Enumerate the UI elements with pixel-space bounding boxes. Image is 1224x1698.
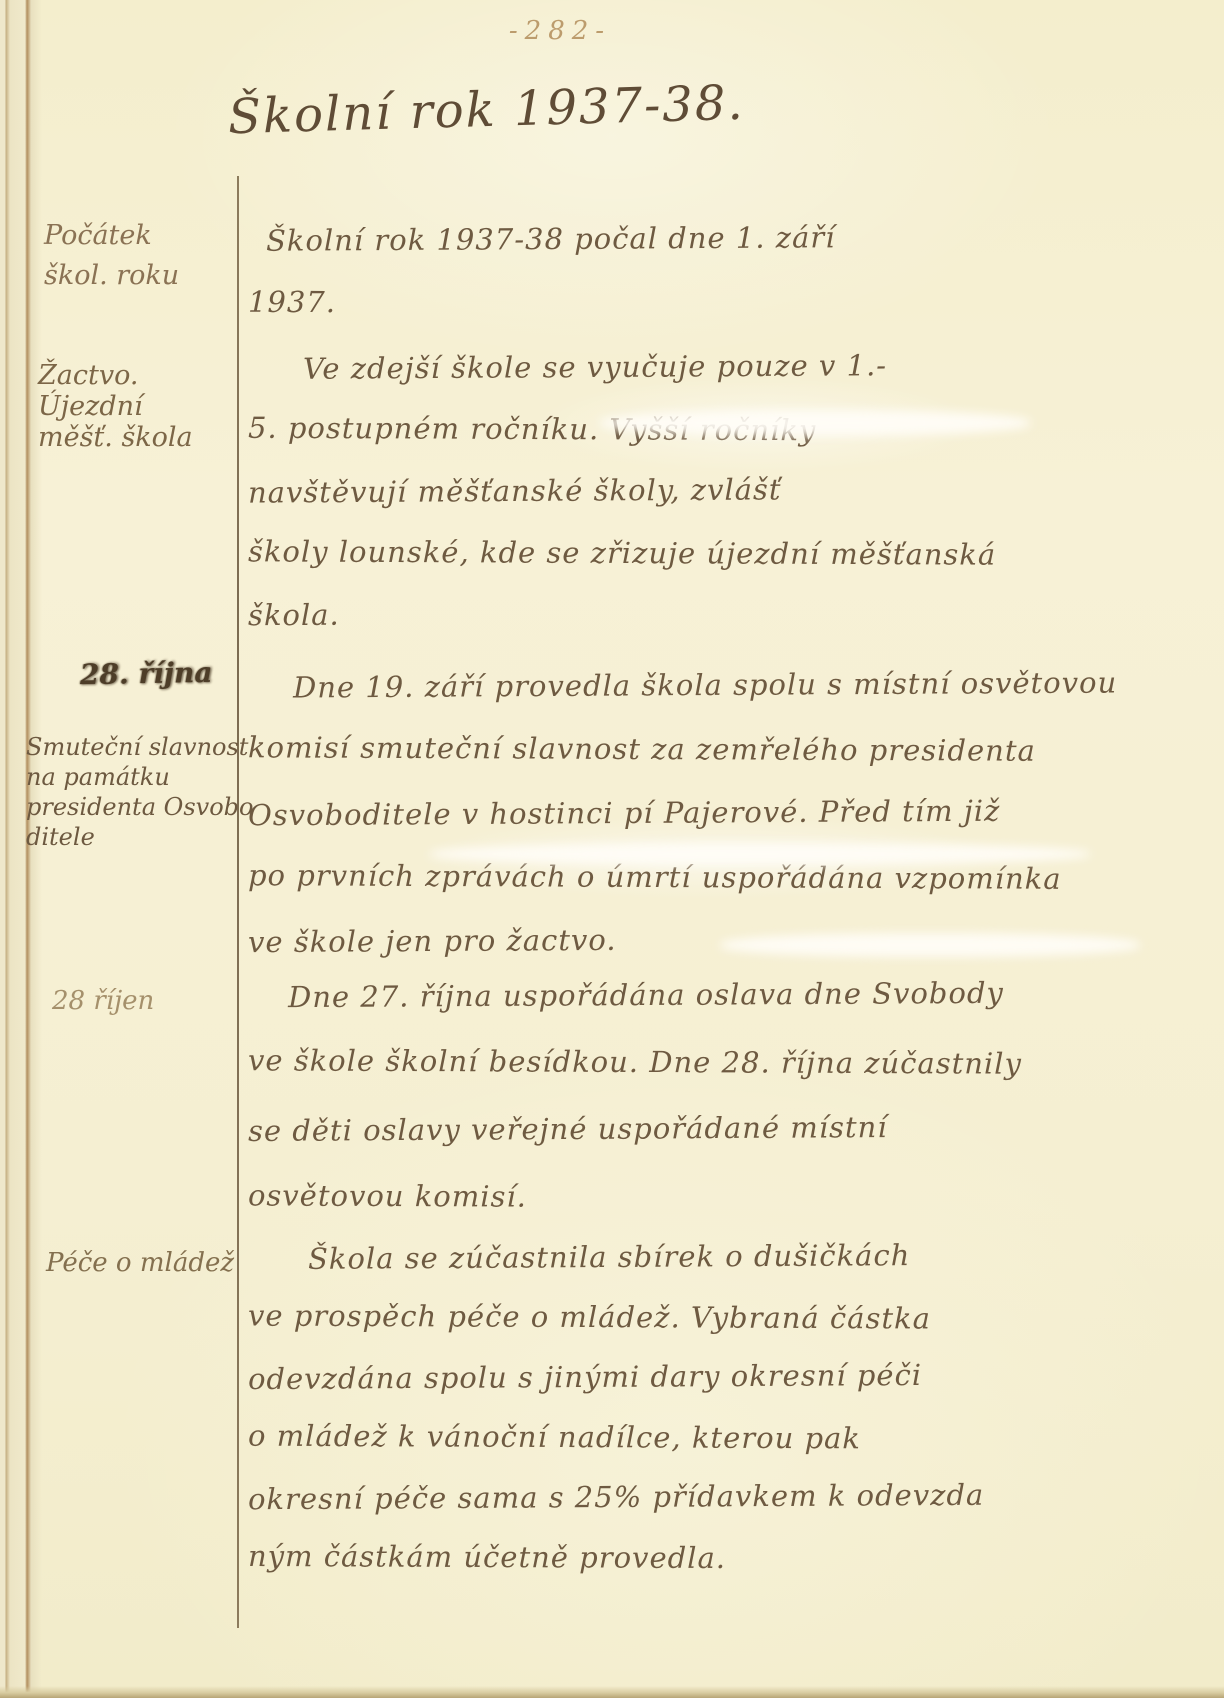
margin-note: Žactvo.Újezdníměšť. škola: [38, 360, 193, 453]
text-line: Školní rok 1937-38 počal dne 1. září: [266, 220, 836, 257]
text-line: ve škole školní besídkou. Dne 28. října …: [248, 1043, 1022, 1080]
text-line: odevzdána spolu s jinými dary okresní pé…: [248, 1358, 922, 1396]
margin-note: 28 říjen: [52, 986, 154, 1016]
margin-note-line: Žactvo.: [38, 360, 193, 391]
margin-note-line: na památku: [26, 762, 253, 792]
margin-note: Péče o mládež: [46, 1248, 234, 1278]
text-line: Škola se zúčastnila sbírek o dušičkách: [308, 1238, 911, 1276]
text-line: Osvoboditele v hostinci pí Pajerové. Pře…: [248, 794, 1001, 833]
margin-note-line: měšť. škola: [38, 422, 193, 453]
margin-note-line: ditele: [26, 822, 253, 852]
text-line: o mládež k vánoční nadílce, kterou pak: [248, 1419, 861, 1456]
margin-note-line: 28. října: [80, 657, 213, 691]
margin-note-line: Smuteční slavnost: [26, 732, 253, 762]
text-line: komisí smuteční slavnost za zemřelého pr…: [248, 730, 1036, 767]
margin-note-line: Počátek: [44, 216, 179, 256]
margin-note: 28. října: [80, 658, 212, 690]
margin-note-line: presidenta Osvobo: [26, 792, 253, 822]
text-line: navštěvují měšťanské školy, zvlášť: [248, 472, 782, 509]
margin-note-line: 28 říjen: [52, 986, 154, 1016]
margin-note-line: Újezdní: [38, 391, 193, 422]
text-line: 1937.: [248, 285, 336, 319]
margin-note-line: škol. roku: [44, 256, 179, 296]
text-line: školy lounské, kde se zřizuje újezdní mě…: [248, 534, 996, 571]
margin-note: Počátekškol. roku: [44, 216, 179, 296]
page-number: -282-: [430, 16, 690, 46]
text-line: ve prospěch péče o mládež. Vybraná částk…: [248, 1299, 931, 1336]
manuscript-page: -282- Školní rok 1937-38. Počátekškol. r…: [0, 0, 1224, 1698]
text-line: osvětovou komisí.: [248, 1178, 527, 1213]
text-line: škola.: [248, 598, 340, 633]
text-line: okresní péče sama s 25% přídavkem k odev…: [248, 1478, 984, 1516]
text-line: se děti oslavy veřejné uspořádané místní: [248, 1110, 888, 1148]
text-line: Dne 19. září provedla škola spolu s míst…: [293, 665, 1117, 704]
page-edge-bottom: [0, 1686, 1224, 1698]
text-line: ným částkám účetně provedla.: [248, 1539, 726, 1575]
margin-divider-line: [237, 176, 239, 1628]
text-line: ve škole jen pro žactvo.: [248, 923, 617, 959]
text-line: Ve zdejší škole se vyučuje pouze v 1.-: [303, 348, 887, 386]
whiteout-mark: [720, 933, 1140, 957]
whiteout-mark: [430, 843, 1090, 865]
page-title: Školní rok 1937-38.: [227, 75, 745, 145]
margin-note: Smuteční slavnostna památkupresidenta Os…: [26, 732, 253, 852]
text-line: Dne 27. října uspořádána oslava dne Svob…: [288, 976, 1004, 1014]
whiteout-mark: [600, 410, 1030, 436]
margin-note-line: Péče o mládež: [46, 1248, 234, 1278]
